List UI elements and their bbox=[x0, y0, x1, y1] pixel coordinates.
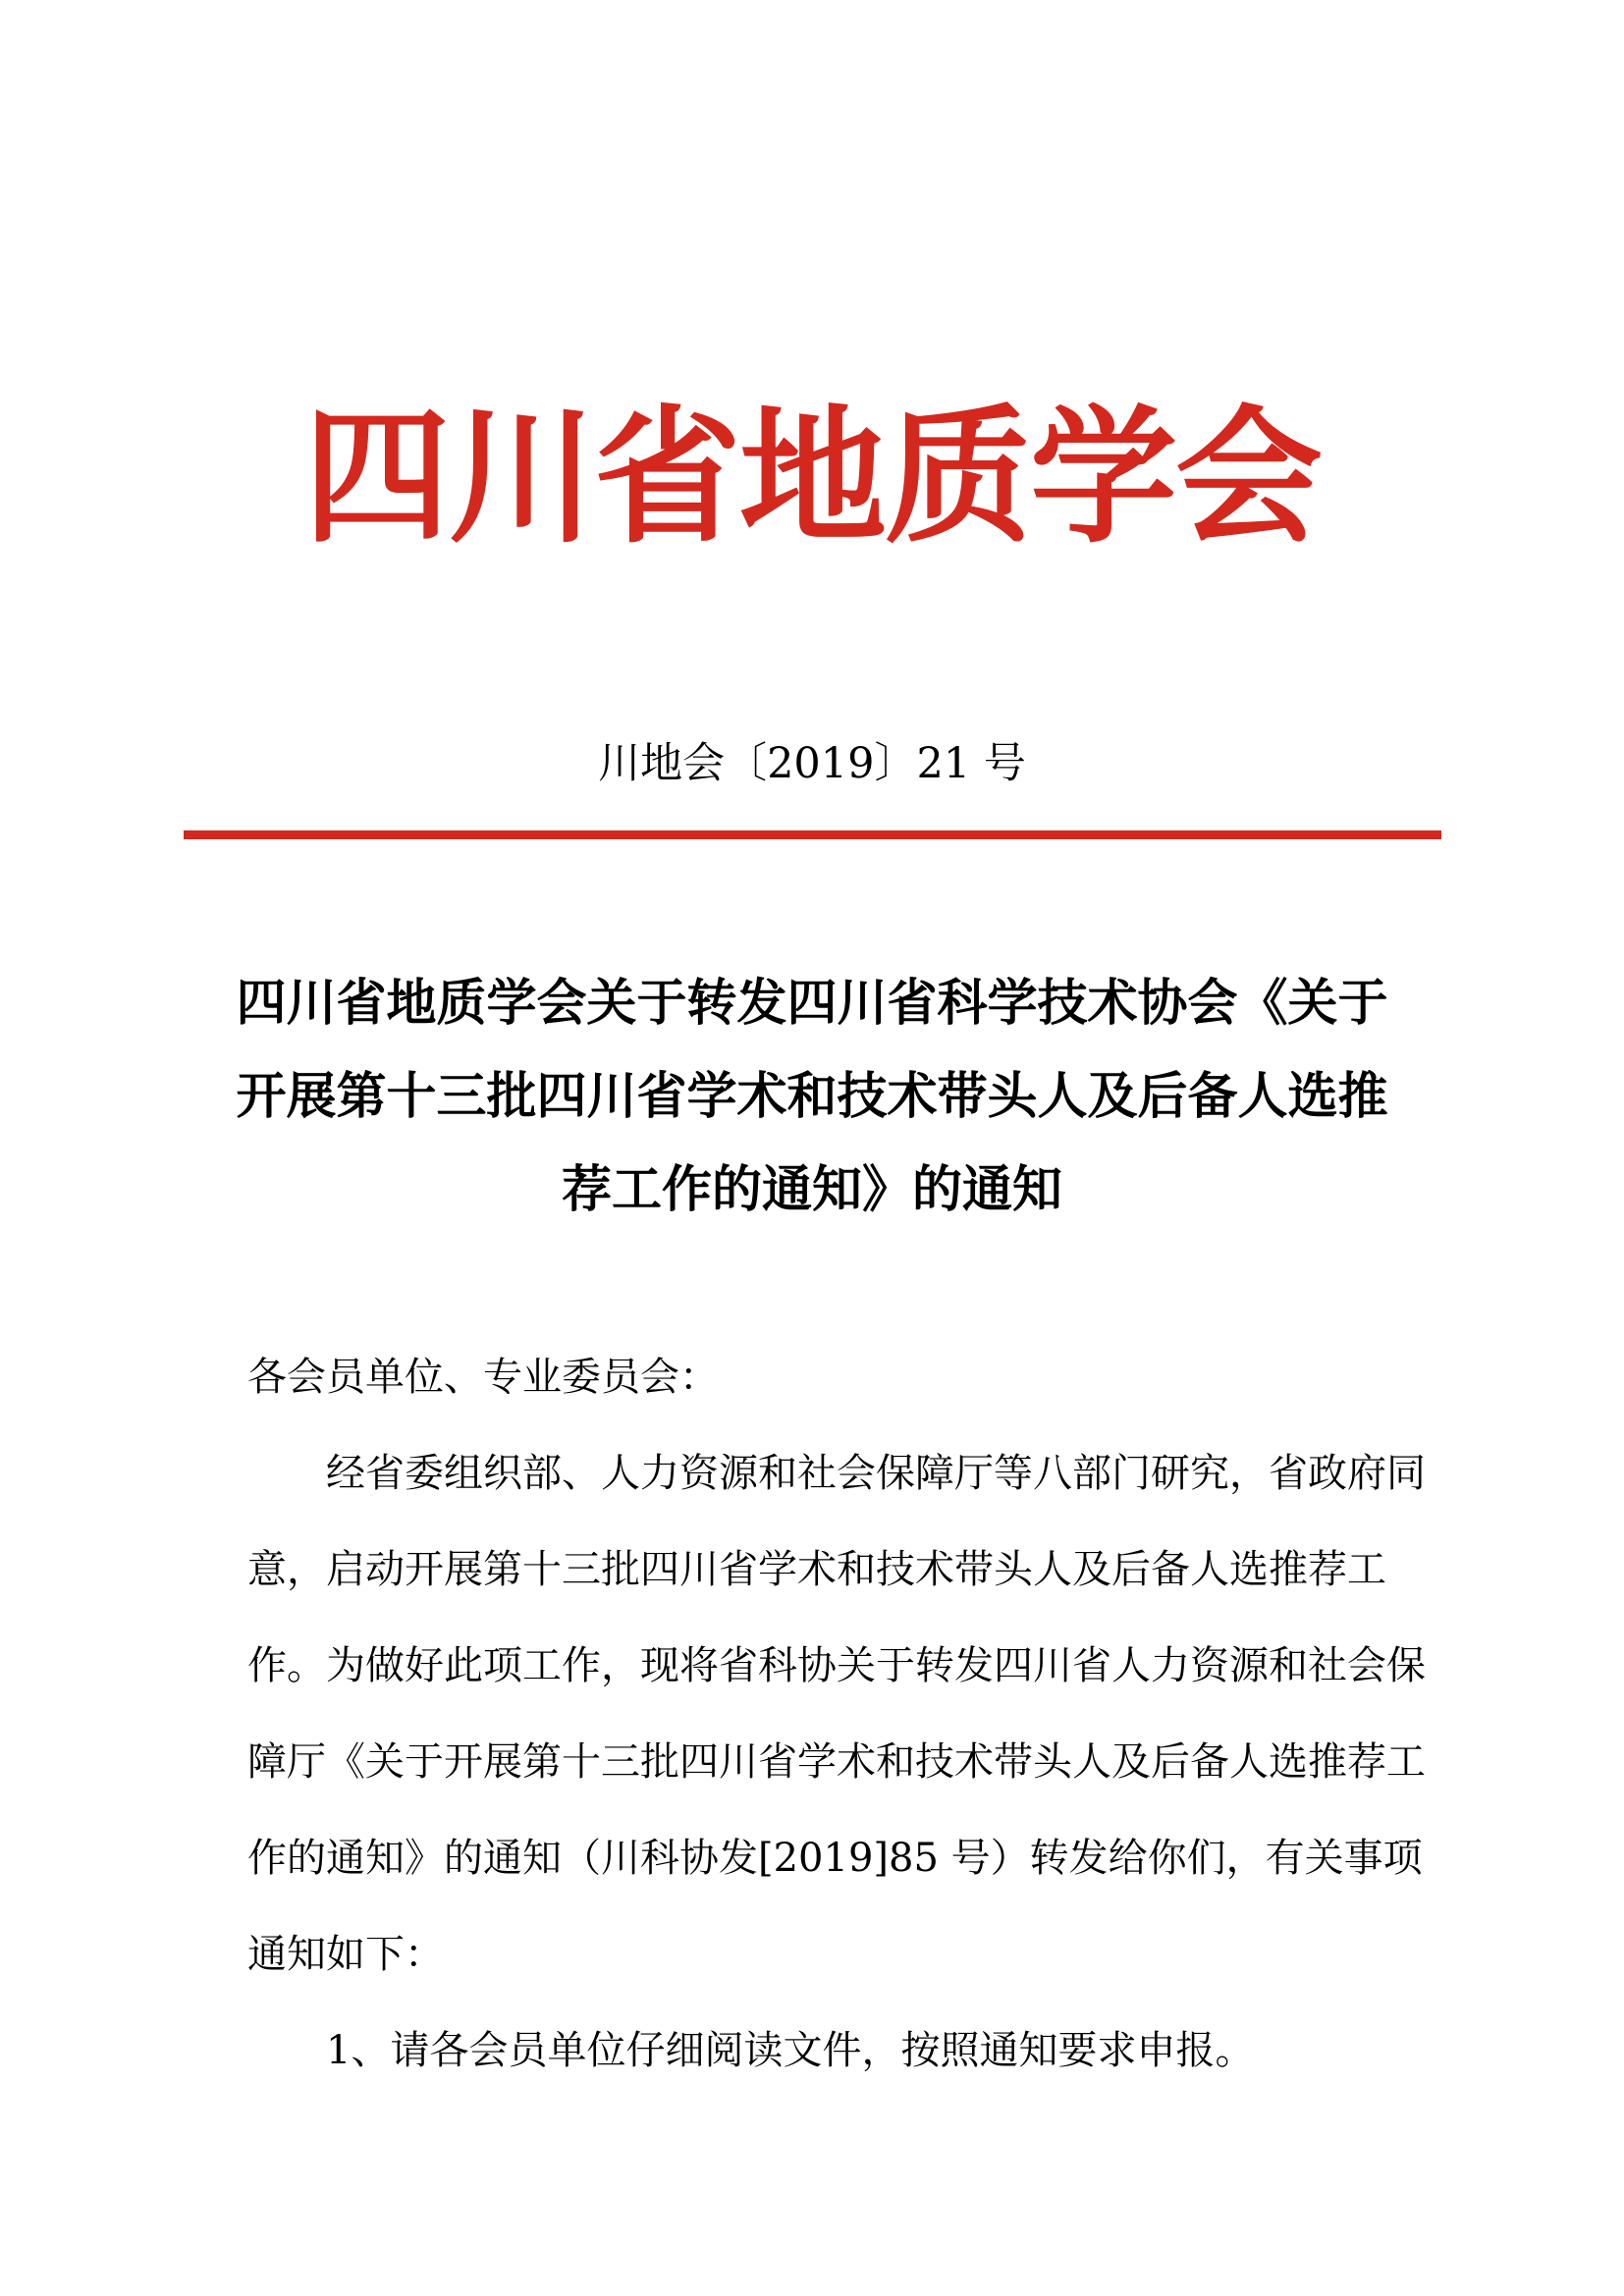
notice-title-line-3: 荐工作的通知》的通知 bbox=[0, 1144, 1624, 1237]
body-line: 作。为做好此项工作，现将省科协关于转发四川省人力资源和社会保 bbox=[247, 1618, 1430, 1714]
notice-title: 四川省地质学会关于转发四川省科学技术协会《关于 开展第十三批四川省学术和技术带头… bbox=[0, 957, 1624, 1237]
salutation-line: 各会员单位、专业委员会： bbox=[247, 1329, 1430, 1425]
list-item-line: 1、请各会员单位仔细阅读文件，按照通知要求申报。 bbox=[247, 2002, 1430, 2099]
body-line: 通知如下： bbox=[247, 1906, 1430, 2002]
notice-title-line-1: 四川省地质学会关于转发四川省科学技术协会《关于 bbox=[0, 957, 1624, 1050]
body-line: 意，启动开展第十三批四川省学术和技术带头人及后备人选推荐工 bbox=[247, 1522, 1430, 1618]
doc-reference-number: 川地会〔2019〕21 号 bbox=[0, 738, 1624, 791]
notice-title-line-2: 开展第十三批四川省学术和技术带头人及后备人选推 bbox=[0, 1050, 1624, 1144]
body-line: 障厅《关于开展第十三批四川省学术和技术带头人及后备人选推荐工 bbox=[247, 1714, 1430, 1810]
document-page: 四川省地质学会 川地会〔2019〕21 号 四川省地质学会关于转发四川省科学技术… bbox=[0, 0, 1624, 2296]
red-divider-rule bbox=[184, 830, 1441, 839]
body-line: 经省委组织部、人力资源和社会保障厅等八部门研究，省政府同 bbox=[247, 1425, 1430, 1522]
org-masthead-title: 四川省地质学会 bbox=[0, 393, 1624, 562]
body-line: 作的通知》的通知（川科协发[2019]85 号）转发给你们，有关事项 bbox=[247, 1810, 1430, 1906]
document-body: 各会员单位、专业委员会： 经省委组织部、人力资源和社会保障厅等八部门研究，省政府… bbox=[247, 1329, 1430, 2099]
